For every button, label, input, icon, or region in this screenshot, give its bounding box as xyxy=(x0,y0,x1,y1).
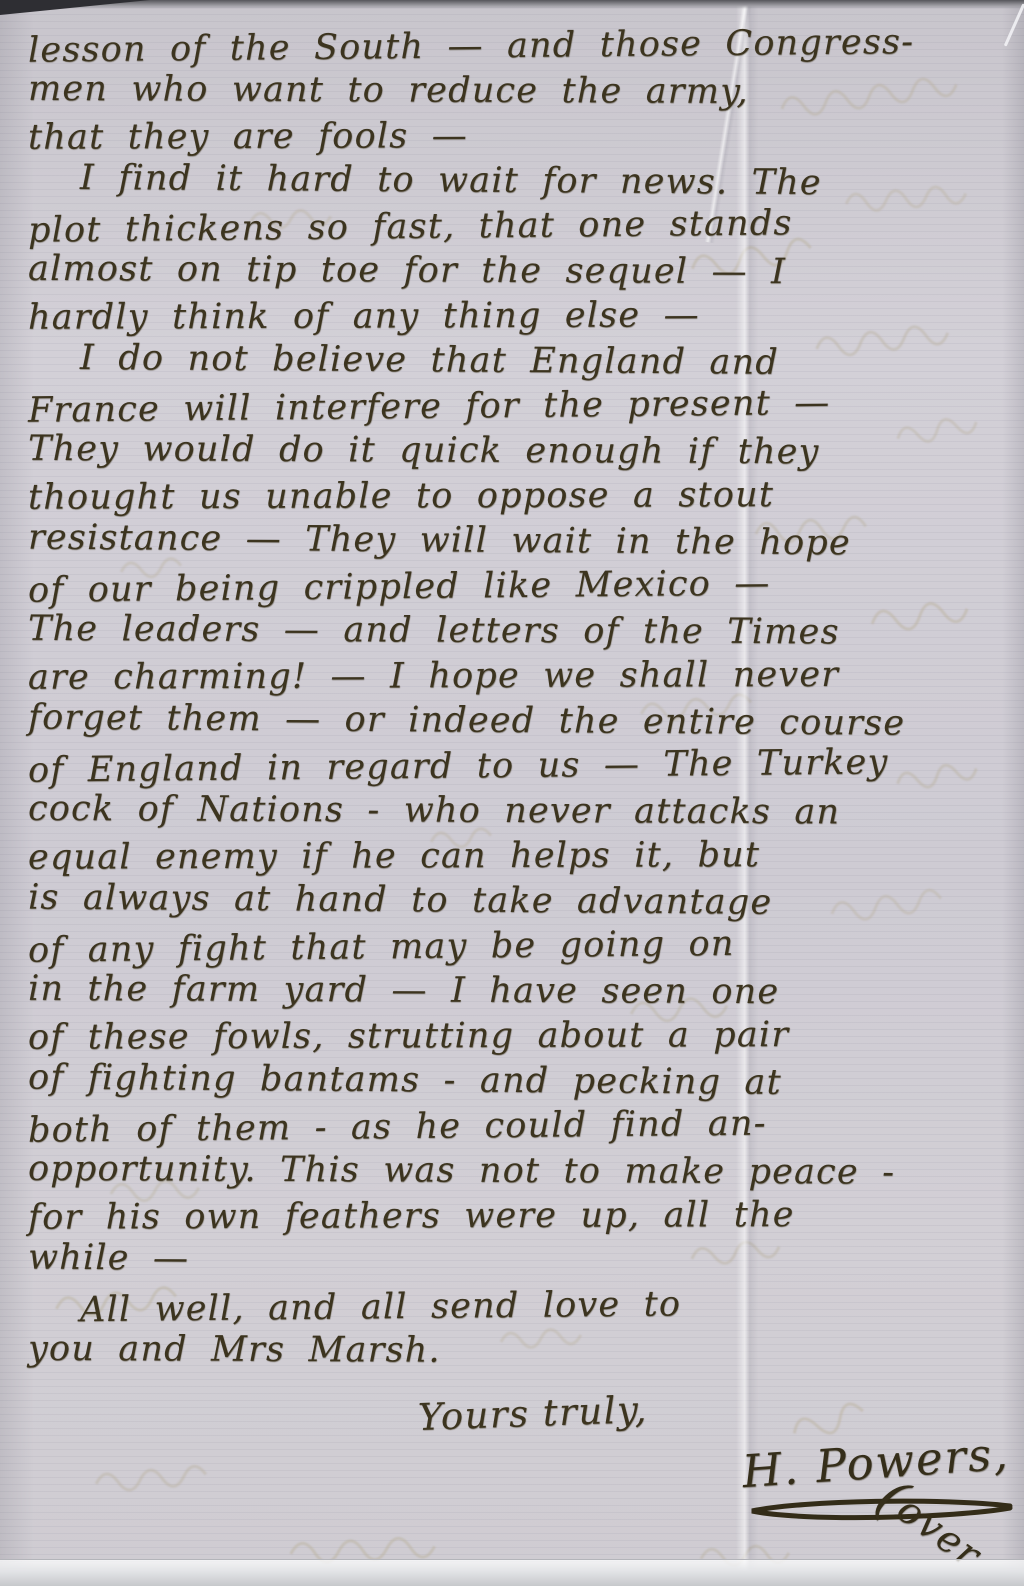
letter-line: almost on tip toe for the sequel — I xyxy=(28,247,1006,296)
letter-line: hardly think of any thing else — xyxy=(28,292,1006,340)
closing-line: Yours truly, xyxy=(417,1388,648,1439)
letter-line: They would do it quick enough if they xyxy=(28,427,1006,476)
scan-bottom-edge xyxy=(0,1559,1024,1586)
letter-line: are charming! — I hope we shall never xyxy=(28,652,1006,700)
letter-line: opportunity. This was not to make peace … xyxy=(28,1147,1006,1196)
letter-line: forget them — or indeed the entire cours… xyxy=(28,696,1006,748)
letter-line: plot thickens so fast, that one stands xyxy=(28,199,1006,253)
letter-line: in the farm yard — I have seen one xyxy=(28,967,1006,1016)
letter-line: The leaders — and letters of the Times xyxy=(28,607,1006,656)
letter-line: for his own feathers were up, all the xyxy=(28,1192,1006,1240)
letter-line: equal enemy if he can helps it, but xyxy=(28,832,1006,880)
letter-line: I find it hard to wait for news. The xyxy=(28,156,1006,208)
scan-top-edge xyxy=(0,0,1024,9)
letter-line: All well, and all send love to xyxy=(28,1279,1006,1333)
letter-line: resistance — They will wait in the hope xyxy=(28,516,1006,568)
letter-line: cock of Nations - who never attacks an xyxy=(28,787,1006,836)
letter-line: of our being crippled like Mexico — xyxy=(28,559,1006,613)
letter-scan-page: lesson of the South — and those Congress… xyxy=(0,0,1024,1586)
letter-line: of fighting bantams - and pecking at xyxy=(28,1056,1006,1108)
letter-line: you and Mrs Marsh. xyxy=(28,1327,1006,1376)
letter-body: lesson of the South — and those Congress… xyxy=(28,24,1006,1374)
letter-line: both of them - as he could find an- xyxy=(28,1099,1006,1153)
letter-line: of England in regard to us — The Turkey xyxy=(28,739,1006,793)
letter-line: of any fight that may be going on xyxy=(28,919,1006,973)
letter-line: is always at hand to take advantage xyxy=(28,876,1006,928)
letter-line: that they are fools — xyxy=(28,112,1006,160)
letter-line: men who want to reduce the army, xyxy=(28,67,1006,116)
letter-line: of these fowls, strutting about a pair xyxy=(28,1012,1006,1060)
letter-line: lesson of the South — and those Congress… xyxy=(28,19,1006,73)
letter-line: France will interfere for the present — xyxy=(28,379,1006,433)
letter-line: thought us unable to oppose a stout xyxy=(28,472,1006,520)
letter-line: while — xyxy=(28,1236,1006,1288)
letter-line: I do not believe that England and xyxy=(28,336,1006,388)
